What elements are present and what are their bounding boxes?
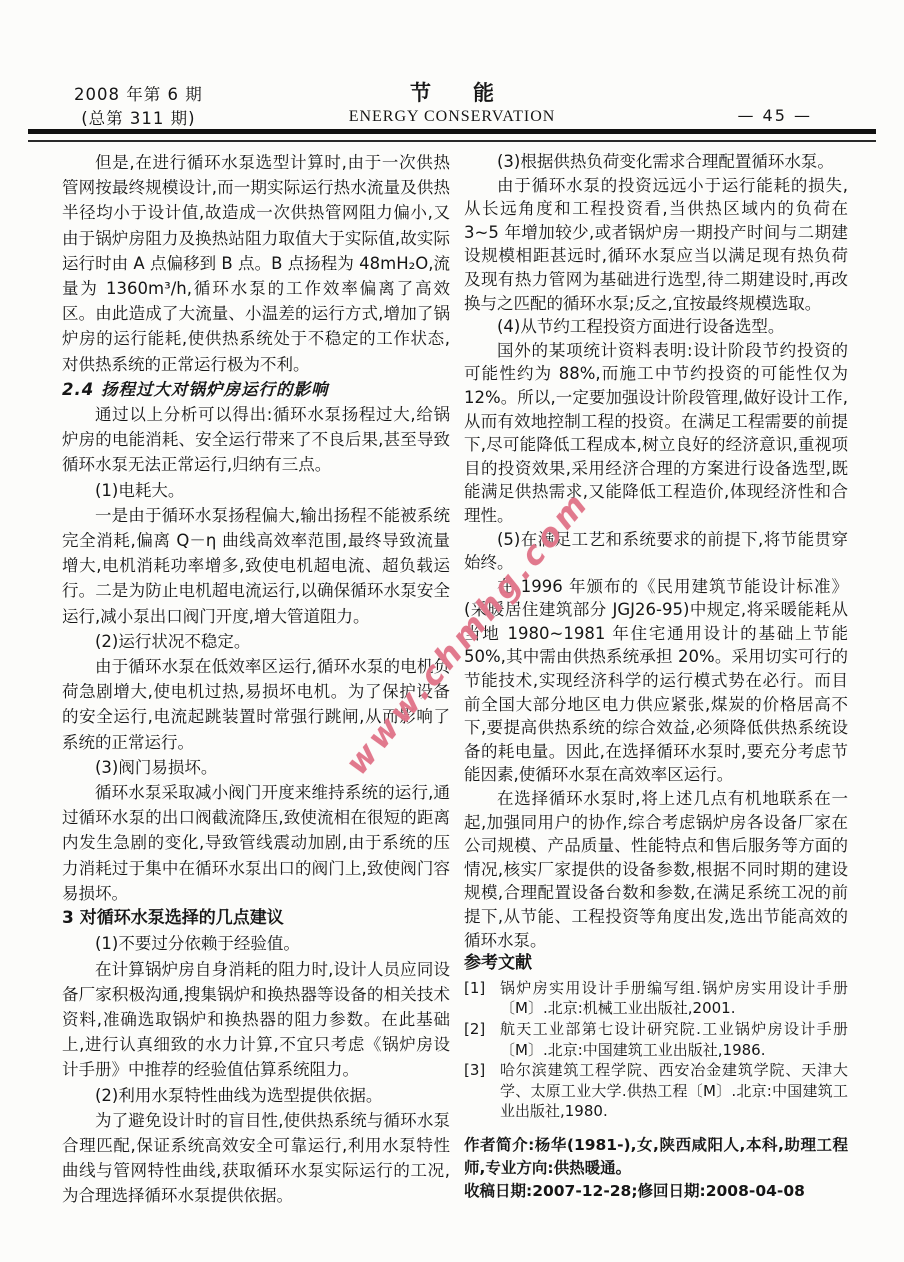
list-item: (4)从节约工程投资方面进行设备选型。 [464,315,848,339]
section-heading-2-4: 2.4 扬程过大对锅炉房运行的影响 [62,377,450,402]
list-item: (5)在满足工艺和系统要求的前提下,将节能贯穿始终。 [464,528,848,575]
paragraph: 在选择循环水泵时,将上述几点有机地联系在一起,加强同用户的协作,综合考虑锅炉房各… [464,787,848,952]
paragraph: 由于循环水泵的投资远远小于运行能耗的损失,从长远角度和工程投资看,当供热区域内的… [464,174,848,316]
section-heading-3: 3 对循环水泵选择的几点建议 [62,906,450,931]
list-item: (3)阀门易损坏。 [62,755,450,780]
reference-number: [3] [464,1060,500,1122]
journal-title-cn: 节 能 [0,80,904,106]
reference-text: 航天工业部第七设计研究院.工业锅炉房设计手册〔M〕.北京:中国建筑工业出版社,1… [500,1019,848,1060]
list-item: (2)利用水泵特性曲线为选型提供依据。 [62,1083,450,1108]
list-item: (1)不要过分依赖于经验值。 [62,931,450,956]
left-column: 但是,在进行循环水泵选型计算时,由于一次供热管网按最终规模设计,而一期实际运行热… [62,150,450,1209]
right-column: (3)根据供热负荷变化需求合理配置循环水泵。 由于循环水泵的投资远远小于运行能耗… [464,150,848,1209]
paragraph: 在 1996 年颁布的《民用建筑节能设计标准》(采暖居住建筑部分 JGJ26-9… [464,575,848,787]
references-list: [1] 锅炉房实用设计手册编写组.锅炉房实用设计手册〔M〕.北京:机械工业出版社… [464,978,848,1122]
two-column-body: 但是,在进行循环水泵选型计算时,由于一次供热管网按最终规模设计,而一期实际运行热… [62,150,848,1209]
author-bio: 作者简介:杨华(1981-),女,陕西咸阳人,本科,助理工程师,专业方向:供热暖… [464,1134,848,1180]
reference-text: 锅炉房实用设计手册编写组.锅炉房实用设计手册〔M〕.北京:机械工业出版社,200… [500,978,848,1019]
journal-page-scan: 2008 年第 6 期 (总第 311 期) 节 能 ENERGY CONSER… [0,0,904,1262]
header-rule-thin [28,140,876,142]
reference-item: [3] 哈尔滨建筑工程学院、西安冶金建筑学院、天津大学、太原工业大学.供热工程〔… [464,1060,848,1122]
references-heading: 参考文献 [464,952,848,976]
paragraph: 一是由于循环水泵扬程偏大,输出扬程不能被系统完全消耗,偏离 Q－η 曲线高效率范… [62,503,450,629]
manuscript-dates: 收稿日期:2007-12-28;修回日期:2008-04-08 [464,1180,848,1203]
paragraph: 在计算锅炉房自身消耗的阻力时,设计人员应同设备厂家积极沟通,搜集锅炉和换热器等设… [62,957,450,1083]
paragraph: 由于循环水泵在低效率区运行,循环水泵的电机负荷急剧增大,使电机过热,易损坏电机。… [62,654,450,755]
paragraph: 国外的某项统计资料表明:设计阶段节约投资的可能性约为 88%,而施工中节约投资的… [464,339,848,528]
reference-number: [2] [464,1019,500,1060]
paragraph: 循环水泵采取减小阀门开度来维持系统的运行,通过循环水泵的出口阀截流降压,致使流相… [62,780,450,906]
list-item: (2)运行状况不稳定。 [62,629,450,654]
reference-text: 哈尔滨建筑工程学院、西安冶金建筑学院、天津大学、太原工业大学.供热工程〔M〕.北… [500,1060,848,1122]
list-item: (1)电耗大。 [62,478,450,503]
list-item: (3)根据供热负荷变化需求合理配置循环水泵。 [464,150,848,174]
paragraph: 通过以上分析可以得出:循环水泵扬程过大,给锅炉房的电能消耗、安全运行带来了不良后… [62,402,450,478]
reference-item: [1] 锅炉房实用设计手册编写组.锅炉房实用设计手册〔M〕.北京:机械工业出版社… [464,978,848,1019]
paragraph: 但是,在进行循环水泵选型计算时,由于一次供热管网按最终规模设计,而一期实际运行热… [62,150,450,377]
reference-item: [2] 航天工业部第七设计研究院.工业锅炉房设计手册〔M〕.北京:中国建筑工业出… [464,1019,848,1060]
paragraph: 为了避免设计时的盲目性,使供热系统与循环水泵合理匹配,保证系统高效安全可靠运行,… [62,1108,450,1209]
header-rule-thick [28,129,876,134]
page-number: — 45 — [737,106,812,125]
reference-number: [1] [464,978,500,1019]
